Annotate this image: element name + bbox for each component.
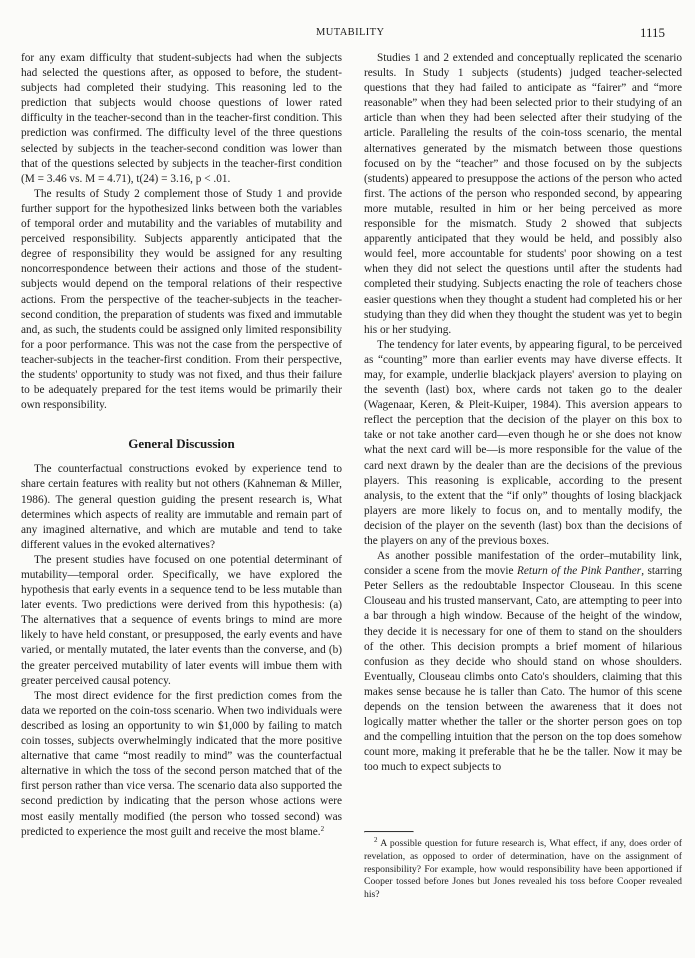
running-title: MUTABILITY <box>316 27 384 38</box>
footnote: 2 A possible question for future researc… <box>364 838 682 902</box>
paragraph-text: , starring Peter Sellers as the redoubta… <box>364 565 682 773</box>
left-column: for any exam difficulty that student-sub… <box>21 51 342 840</box>
paragraph: for any exam difficulty that student-sub… <box>21 51 342 187</box>
paragraph-text: The most direct evidence for the first p… <box>21 690 342 838</box>
page-number: 1115 <box>640 25 665 41</box>
paragraph: Studies 1 and 2 extended and conceptuall… <box>364 51 682 338</box>
section-heading: General Discussion <box>21 436 342 451</box>
paragraph: The results of Study 2 complement those … <box>21 187 342 413</box>
paragraph: The tendency for later events, by appear… <box>364 338 682 549</box>
footnotes: 2 A possible question for future researc… <box>364 831 682 902</box>
running-head: MUTABILITY 1115 <box>0 27 695 43</box>
paragraph: The present studies have focused on one … <box>21 553 342 689</box>
right-column: Studies 1 and 2 extended and conceptuall… <box>364 51 682 776</box>
footnote-marker: 2 <box>321 825 325 833</box>
paragraph: The most direct evidence for the first p… <box>21 689 342 840</box>
paragraph: As another possible manifestation of the… <box>364 549 682 775</box>
paragraph: The counterfactual constructions evoked … <box>21 462 342 553</box>
footnote-text: A possible question for future research … <box>364 838 682 900</box>
footnote-rule <box>364 831 414 833</box>
movie-title: Return of the Pink Panther <box>517 565 641 577</box>
